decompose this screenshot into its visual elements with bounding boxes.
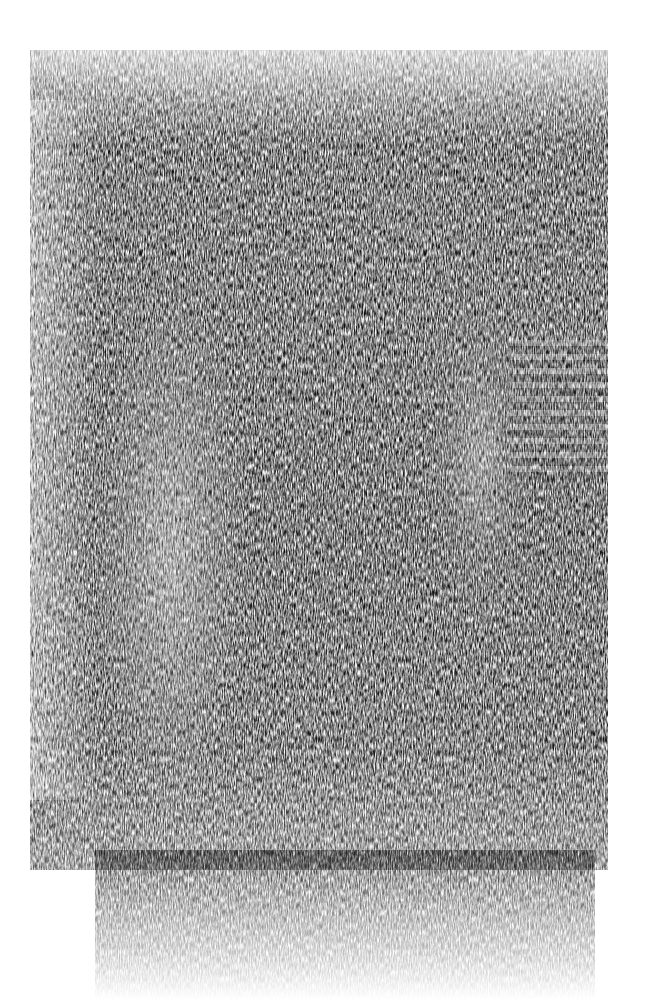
left-light-streak [95, 300, 245, 800]
right-striated-band [510, 340, 608, 480]
bottom-ink-smear [95, 850, 595, 1000]
grunge-texture [0, 0, 667, 1000]
left-edge-fade [30, 100, 100, 800]
top-scratch-haze [20, 40, 610, 140]
